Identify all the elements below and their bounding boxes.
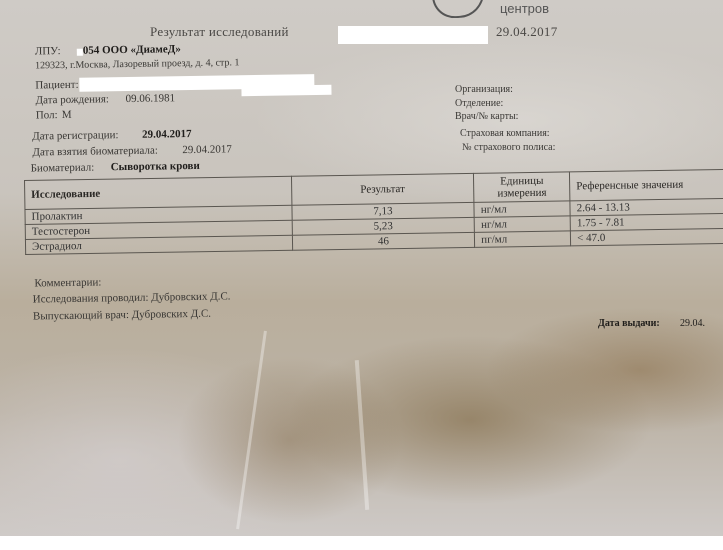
document-title: Результат исследований (150, 24, 289, 40)
test-unit: нг/мл (474, 201, 570, 218)
redacted-patient (241, 85, 331, 96)
col-header-result: Результат (291, 173, 474, 205)
organization-label: Организация: (455, 84, 513, 95)
redacted-patient-name (338, 26, 488, 44)
image-bottom-border (0, 536, 723, 550)
col-header-reference: Референсные значения (570, 169, 723, 201)
col-header-unit: Единицы измерения (474, 172, 570, 203)
insurance-label: Страховая компания: (460, 128, 550, 139)
biomaterial-label: Биоматериал: (31, 162, 95, 175)
sample-date-label: Дата взятия биоматериала: (32, 145, 158, 159)
test-unit: нг/мл (474, 216, 570, 233)
comments-label: Комментарии: (34, 276, 101, 289)
sex-label: Пол: (36, 109, 58, 121)
col-header-test: Исследование (25, 176, 292, 209)
policy-label: № страхового полиса: (462, 142, 555, 153)
registration-date-value: 29.04.2017 (142, 128, 192, 141)
birth-date-value: 09.06.1981 (125, 92, 175, 105)
registration-date-label: Дата регистрации: (32, 129, 119, 142)
doctor-card-label: Врач/№ карты: (455, 111, 518, 122)
logo-text: центров (500, 1, 549, 16)
birth-date-label: Дата рождения: (35, 93, 109, 106)
patient-label: Пациент: (35, 79, 78, 92)
issue-date-value: 29.04. (680, 318, 705, 329)
test-unit: пг/мл (475, 231, 571, 248)
sample-date-value: 29.04.2017 (182, 143, 232, 156)
test-result: 46 (292, 232, 475, 250)
lpu-label: ЛПУ: (35, 45, 61, 57)
department-label: Отделение: (455, 98, 503, 109)
results-table: Исследование Результат Единицы измерения… (24, 169, 723, 255)
sex-value: М (62, 109, 72, 121)
test-reference: < 47.0 (571, 228, 723, 246)
lpu-value: 054 ООО «ДиамеД» (83, 43, 181, 57)
biomaterial-value: Сыворотка крови (111, 160, 200, 173)
document-date: 29.04.2017 (496, 24, 558, 40)
issue-date-label: Дата выдачи: (598, 318, 660, 329)
